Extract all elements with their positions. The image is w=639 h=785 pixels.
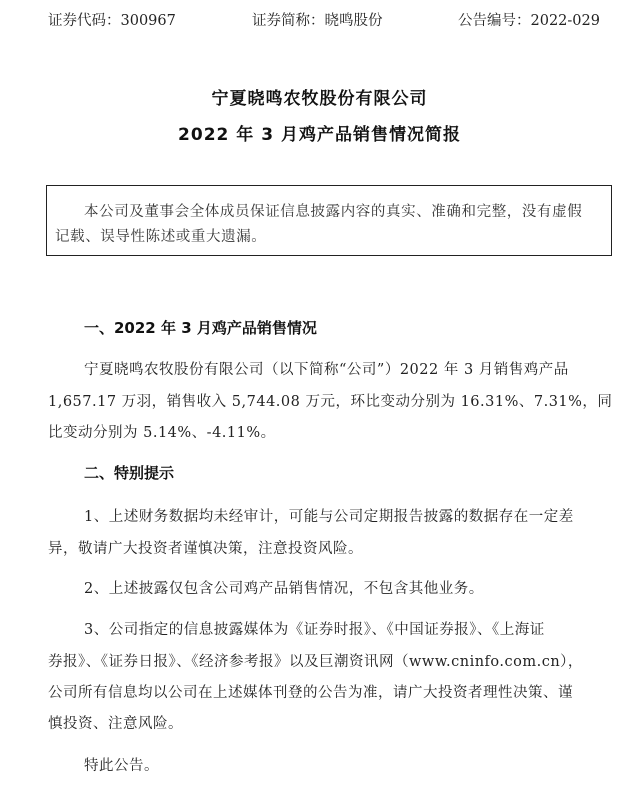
document-header: 证券代码：300967 证券简称：晓鸣股份 公告编号：2022-029 [0, 9, 639, 29]
item-3-line-1: 3、公司指定的信息披露媒体为《证券时报》、《中国证券报》、《上海证 [84, 618, 639, 639]
item-3-line-2: 券报》、《证券日报》、《经济参考报》以及巨潮资讯网（www.cninfo.com… [48, 650, 608, 671]
section-1-heading: 一、2022 年 3 月鸡产品销售情况 [84, 317, 317, 338]
disclaimer-box: 本公司及董事会全体成员保证信息披露内容的真实、准确和完整，没有虚假 记载、误导性… [46, 185, 612, 256]
item-1-line-2: 异，敬请广大投资者谨慎决策，注意投资风险。 [48, 537, 608, 558]
stock-name: 证券简称：晓鸣股份 [252, 9, 383, 30]
section-1-line-3: 比变动分别为 5.14%、-4.11%。 [48, 421, 608, 442]
item-2-line-1: 2、上述披露仅包含公司鸡产品销售情况，不包含其他业务。 [84, 577, 639, 598]
stock-code: 证券代码：300967 [48, 9, 176, 30]
item-3-line-3: 公司所有信息均以公司在上述媒体刊登的公告为准，请广大投资者理性决策、谨 [48, 681, 608, 702]
item-1-line-1: 1、上述财务数据均未经审计，可能与公司定期报告披露的数据存在一定差 [84, 505, 639, 526]
disclaimer-line-1: 本公司及董事会全体成员保证信息披露内容的真实、准确和完整，没有虚假 [55, 199, 603, 225]
report-title: 2022 年 3 月鸡产品销售情况简报 [0, 120, 639, 145]
item-3-line-4: 慎投资、注意风险。 [48, 712, 608, 733]
disclaimer-line-2: 记载、误导性陈述或重大遗漏。 [55, 224, 603, 250]
section-1-line-2: 1,657.17 万羽，销售收入 5,744.08 万元，环比变动分别为 16.… [48, 390, 608, 411]
closing-statement: 特此公告。 [84, 754, 639, 775]
company-title: 宁夏晓鸣农牧股份有限公司 [0, 84, 639, 109]
section-1-line-1: 宁夏晓鸣农牧股份有限公司（以下简称“公司”）2022 年 3 月销售鸡产品 [84, 358, 639, 379]
section-2-heading: 二、特别提示 [84, 462, 174, 483]
announcement-number: 公告编号：2022-029 [458, 9, 600, 30]
